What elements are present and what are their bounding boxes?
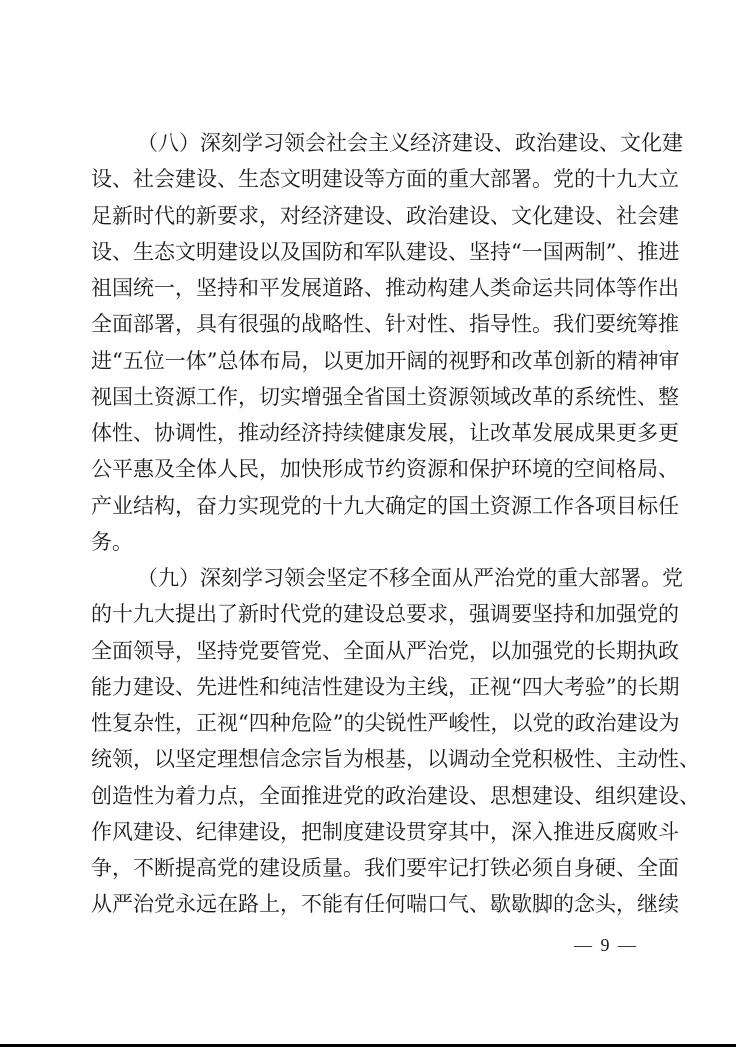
- paragraph-9-line-8: 作风建设、纪律建设，把制度建设贯穿其中，深入推进反腐败斗: [91, 814, 648, 850]
- page-number: — 9 —: [574, 933, 638, 957]
- paragraph-8-line-7: 进“五位一体”总体布局，以更加开阔的视野和改革创新的精神审: [91, 343, 648, 379]
- paragraph-8-line-1: （八）深刻学习领会社会主义经济建设、政治建设、文化建: [91, 125, 648, 161]
- paragraph-8-line-3: 足新时代的新要求，对经济建设、政治建设、文化建设、社会建: [91, 198, 648, 234]
- paragraph-8-line-5: 祖国统一，坚持和平发展道路、推动构建人类命运共同体等作出: [91, 270, 648, 306]
- paragraph-8-line-6: 全面部署，具有很强的战略性、针对性、指导性。我们要统筹推: [91, 306, 648, 342]
- paragraph-8-line-2: 设、社会建设、生态文明建设等方面的重大部署。党的十九大立: [91, 161, 648, 197]
- paragraph-8-line-9: 体性、协调性，推动经济持续健康发展，让改革发展成果更多更: [91, 415, 648, 451]
- paragraph-8-line-4: 设、生态文明建设以及国防和军队建设、坚持“一国两制”、推进: [91, 234, 648, 270]
- paragraph-9-line-10: 从严治党永远在路上，不能有任何喘口气、歇歇脚的念头，继续: [91, 886, 648, 922]
- paragraph-9-line-1: （九）深刻学习领会坚定不移全面从严治党的重大部署。党: [91, 560, 648, 596]
- body-text: （八）深刻学习领会社会主义经济建设、政治建设、文化建 设、社会建设、生态文明建设…: [91, 125, 651, 923]
- paragraph-8-line-11: 产业结构，奋力实现党的十九大确定的国土资源工作各项目标任: [91, 488, 648, 524]
- paragraph-9-line-5: 性复杂性，正视“四种危险”的尖锐性严峻性，以党的政治建设为: [91, 705, 648, 741]
- paragraph-8-line-8: 视国土资源工作，切实增强全省国土资源领域改革的系统性、整: [91, 379, 648, 415]
- paragraph-9-line-9: 争，不断提高党的建设质量。我们要牢记打铁必须自身硬、全面: [91, 850, 648, 886]
- paragraph-9-line-7: 创造性为着力点，全面推进党的政治建设、思想建设、组织建设、: [91, 778, 648, 814]
- document-page: （八）深刻学习领会社会主义经济建设、政治建设、文化建 设、社会建设、生态文明建设…: [0, 0, 736, 1047]
- paragraph-9-line-2: 的十九大提出了新时代党的建设总要求，强调要坚持和加强党的: [91, 596, 648, 632]
- paragraph-8-line-12: 务。: [91, 524, 651, 560]
- paragraph-8-line-10: 公平惠及全体人民，加快形成节约资源和保护环境的空间格局、: [91, 451, 648, 487]
- paragraph-9-line-3: 全面领导，坚持党要管党、全面从严治党，以加强党的长期执政: [91, 633, 648, 669]
- paragraph-9-line-6: 统领，以坚定理想信念宗旨为根基，以调动全党积极性、主动性、: [91, 741, 648, 777]
- paragraph-9-line-4: 能力建设、先进性和纯洁性建设为主线，正视“四大考验”的长期: [91, 669, 648, 705]
